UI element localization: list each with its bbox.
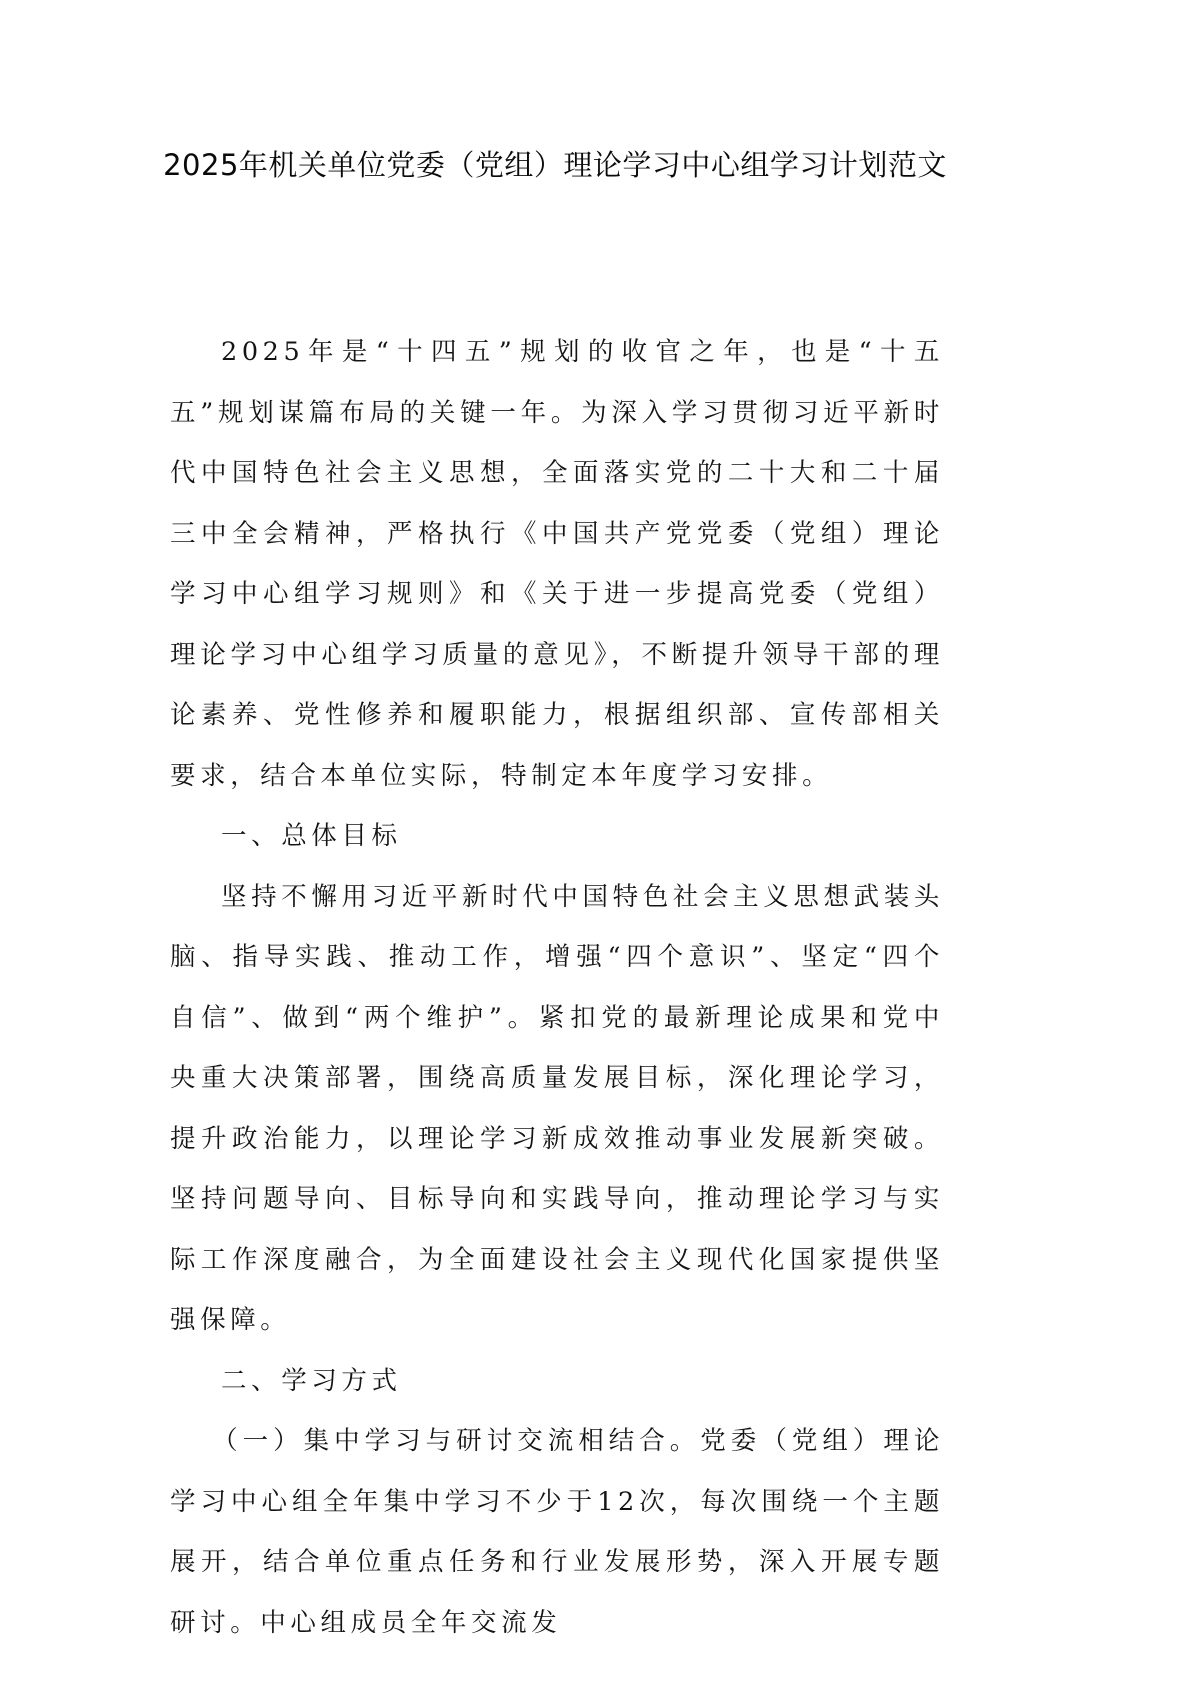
document-page: 2025年机关单位党委（党组）理论学习中心组学习计划范文 2025年是“十四五”… — [0, 0, 1190, 1683]
goals-paragraph: 坚持不懈用习近平新时代中国特色社会主义思想武装头脑、指导实践、推动工作，增强“四… — [170, 867, 944, 1351]
document-body: 2025年是“十四五”规划的收官之年，也是“十五五”规划谋篇布局的关键一年。为深… — [170, 322, 944, 1653]
intro-paragraph: 2025年是“十四五”规划的收官之年，也是“十五五”规划谋篇布局的关键一年。为深… — [170, 322, 944, 806]
section-heading-goals: 一、总体目标 — [170, 806, 944, 867]
methods-subsection-1: （一）集中学习与研讨交流相结合。党委（党组）理论学习中心组全年集中学习不少于12… — [170, 1411, 944, 1653]
section-heading-methods: 二、学习方式 — [170, 1351, 944, 1412]
document-title: 2025年机关单位党委（党组）理论学习中心组学习计划范文 — [0, 143, 1110, 187]
